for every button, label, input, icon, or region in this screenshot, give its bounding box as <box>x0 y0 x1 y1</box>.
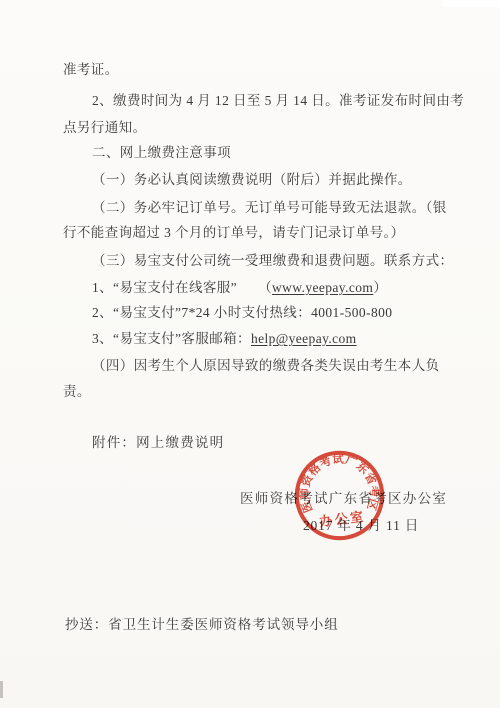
scan-edge-shade <box>442 0 500 7</box>
section-heading: 二、网上缴费注意事项 <box>92 143 231 163</box>
text-segment: 1、“易宝支付在线客服” （ <box>92 280 272 295</box>
seal-arc-textpath: 医师资格考试广东省考区 <box>292 447 384 522</box>
attachment-note: 附件：网上缴费说明 <box>92 433 224 453</box>
body-line: （四）因考生个人原因导致的缴费各类失误由考生本人负 <box>92 356 440 376</box>
official-seal: 医师资格考试广东省考区 办公室 <box>285 439 394 551</box>
contact-item-hotline: 2、“易宝支付”7*24 小时支付热线：4001-500-800 <box>92 303 392 323</box>
contact-item-email: 3、“易宝支付”客服邮箱：help@yeepay.com <box>92 329 357 349</box>
body-line: 行不能查询超过 3 个月的订单号，请专门记录订单号。） <box>63 223 405 243</box>
yeepay-email: help@yeepay.com <box>251 331 357 346</box>
body-line: （一）务必认真阅读缴费说明（附后）并据此操作。 <box>92 170 412 190</box>
cc-line: 抄送：省卫生计生委医师资格考试领导小组 <box>65 615 339 635</box>
body-line: 责。 <box>63 382 91 402</box>
yeepay-url: www.yeepay.com <box>272 280 373 295</box>
scan-artifact <box>0 681 3 698</box>
body-line: 2、缴费时间为 4 月 12 日至 5 月 14 日。准考证发布时间由考 <box>92 91 464 111</box>
body-line: （三）易宝支付公司统一受理缴费和退费问题。联系方式： <box>92 251 453 271</box>
body-line: 准考证。 <box>63 60 119 80</box>
body-line: （二）务必牢记订单号。无订单号可能导致无法退款。（银 <box>92 198 447 218</box>
body-line: 点另行通知。 <box>63 118 146 138</box>
seal-arc-text: 医师资格考试广东省考区 <box>292 447 384 522</box>
text-segment: ） <box>373 280 387 295</box>
seal-center-text: 办公室 <box>318 508 366 530</box>
document-page: 准考证。 2、缴费时间为 4 月 12 日至 5 月 14 日。准考证发布时间由… <box>0 0 500 708</box>
text-segment: 3、“易宝支付”客服邮箱： <box>92 331 251 346</box>
contact-item-online-service: 1、“易宝支付在线客服” （www.yeepay.com） <box>92 278 387 298</box>
